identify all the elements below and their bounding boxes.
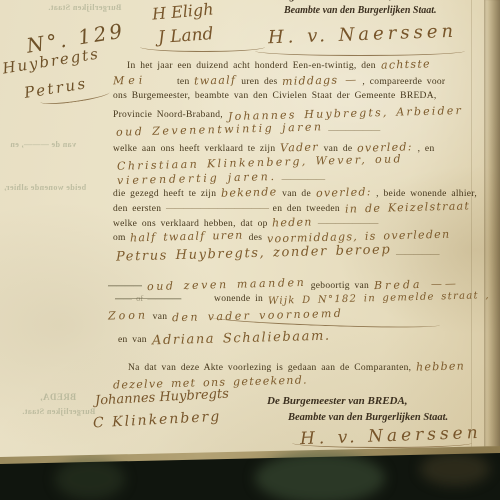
printed-text: , compareerde voor [362, 77, 445, 87]
printed-text: en van [118, 335, 147, 345]
handwritten-relation-3: Zoon [108, 308, 148, 322]
printed-text: den eersten [113, 204, 161, 214]
printed-text: , beide wonende alhier, [376, 189, 477, 199]
scanned-death-record: Burgerlijken Staat. van de ———, en beide… [0, 0, 500, 500]
bleedthrough-text: Burgerlijken Staat. [48, 3, 121, 12]
act-line: om half twaalf uren des voormiddags, is … [113, 230, 450, 243]
printed-text: In het jaar een duizend acht honderd Een… [127, 61, 376, 71]
printed-text: ons Burgemeester, beambte van den Civiel… [113, 91, 437, 101]
table-smudge [255, 452, 385, 500]
printed-text: Provincie Noord-Braband, [113, 110, 223, 120]
header-cutoff-line: De Burgemeester van BREDA, [258, 0, 392, 2]
act-line: die gezegd heeft te zijn bekende van de … [113, 186, 477, 199]
struck-printed-text: ———— [108, 280, 142, 290]
printed-text: ten [177, 77, 190, 87]
header-officer-line: Beambte van den Burgerlijken Staat. [284, 5, 437, 16]
handwritten-date-ref: heden [272, 215, 313, 229]
table-smudge [420, 452, 490, 486]
handwritten-text: hebben [416, 359, 465, 373]
handwritten-deceased-ref: overled: [316, 185, 372, 199]
filler-dashes: ————— [282, 175, 325, 185]
filler-dashes: ———————————— [166, 204, 268, 214]
printed-text: wonende in [214, 294, 263, 304]
printed-text: geboortig van [311, 281, 369, 291]
handwritten-age-1: oud Zevenentwintig jaren [116, 120, 324, 138]
handwritten-month: Mei [113, 74, 147, 88]
act-line: en van Adriana Schaliebaam. [118, 331, 330, 346]
act-line: Mei ten twaalf uren des middags — , comp… [113, 74, 445, 87]
printed-text: om [113, 233, 126, 243]
act-line: vierendertig jaren. ————— [117, 172, 324, 185]
printed-text: Na dat van deze Akte voorlezing is gedaa… [128, 363, 411, 373]
officer-title-line: Beambte van den Burgerlijken Staat. [288, 412, 448, 423]
handwritten-age-deceased: oud zeven maanden [147, 276, 307, 293]
handwritten-daypart: middags — [282, 73, 358, 88]
act-line: Provincie Noord-Braband, Johannes Huybre… [113, 107, 463, 120]
signature-flourish [292, 438, 472, 448]
handwritten-day: achtste [380, 57, 430, 71]
bleedthrough-text: BREDA, [40, 392, 76, 402]
bleedthrough-text: beide wonende alhier, [4, 183, 86, 192]
handwritten-birthplace: Breda —— [374, 277, 459, 292]
printed-text: en den tweeden [273, 204, 340, 214]
handwritten-relation-1: Vader [280, 140, 319, 154]
printed-text: welke aan ons heeft verklaard te zijn [113, 144, 275, 154]
act-line: welke ons verklaard hebben, dat op heden… [113, 216, 377, 229]
handwritten-mother-name: Adriana Schaliebaam. [151, 329, 330, 349]
handwritten-declarant-1: Johannes Huybregts, Arbeider [228, 104, 463, 123]
act-line: oud Zevenentwintig jaren —————— [116, 123, 379, 136]
handwritten-relation-2: bekende [221, 185, 278, 199]
handwritten-hour: twaalf [194, 73, 237, 87]
printed-text: , en [418, 144, 435, 154]
struck-printed-text: —— of ———— [115, 293, 181, 303]
declarant-signature-2: C Klinkenberg [93, 409, 222, 432]
act-line: —— of ———— wonende in Wijk D N°182 in ge… [115, 293, 490, 304]
act-line: Petrus Huybregts, zonder beroep ————— [116, 246, 439, 261]
act-line: Christiaan Klinkenberg, Wever, oud [117, 156, 403, 169]
handwritten-address-2: Wijk D N°182 in gemelde straat , [268, 290, 490, 307]
signature-flourish [255, 46, 465, 56]
printed-text: des [249, 233, 263, 243]
printed-text: uren des [241, 77, 277, 87]
printed-text: van [153, 312, 168, 322]
bleedthrough-text: van de ———, en [10, 140, 76, 149]
official-signature-top: H. v. Naerssen [268, 21, 458, 49]
signature-flourish [140, 42, 265, 52]
handwritten-address-1: in de Keizelstraat [345, 199, 470, 215]
handwritten-time-of-death: half twaalf uren [130, 229, 244, 245]
book-fore-edge [484, 0, 500, 451]
handwritten-age-2: vierendertig jaren. [117, 170, 277, 187]
page-crease [471, 0, 472, 448]
printed-text: van de [324, 144, 353, 154]
bleedthrough-text: Burgerlijken Staat. [22, 407, 95, 416]
act-line: ———— oud zeven maanden geboortig van Bre… [108, 278, 459, 291]
act-line: In het jaar een duizend acht honderd Een… [127, 58, 430, 71]
filler-dashes: ————— [396, 250, 439, 260]
act-line: den eersten ———————————— en den tweeden … [113, 201, 470, 214]
printed-text: welke ons verklaard hebben, dat op [113, 219, 268, 229]
table-smudge [55, 458, 125, 500]
mayor-title-line: De Burgemeester van BREDA, [267, 395, 408, 407]
clerk-signature-1: H Eligh [151, 0, 214, 24]
handwritten-deceased-name: Petrus Huybregts, zonder beroep [116, 242, 392, 264]
filler-dashes: —————— [328, 126, 379, 136]
closing-line: Na dat van deze Akte voorlezing is gedaa… [128, 360, 465, 373]
document-page: Burgerlijken Staat. van de ———, en beide… [0, 0, 500, 500]
act-line: ons Burgemeester, beambte van den Civiel… [113, 91, 437, 101]
printed-text: van de [282, 189, 311, 199]
filler-dashes: ——————— [318, 219, 378, 229]
printed-text: die gezegd heeft te zijn [113, 189, 216, 199]
